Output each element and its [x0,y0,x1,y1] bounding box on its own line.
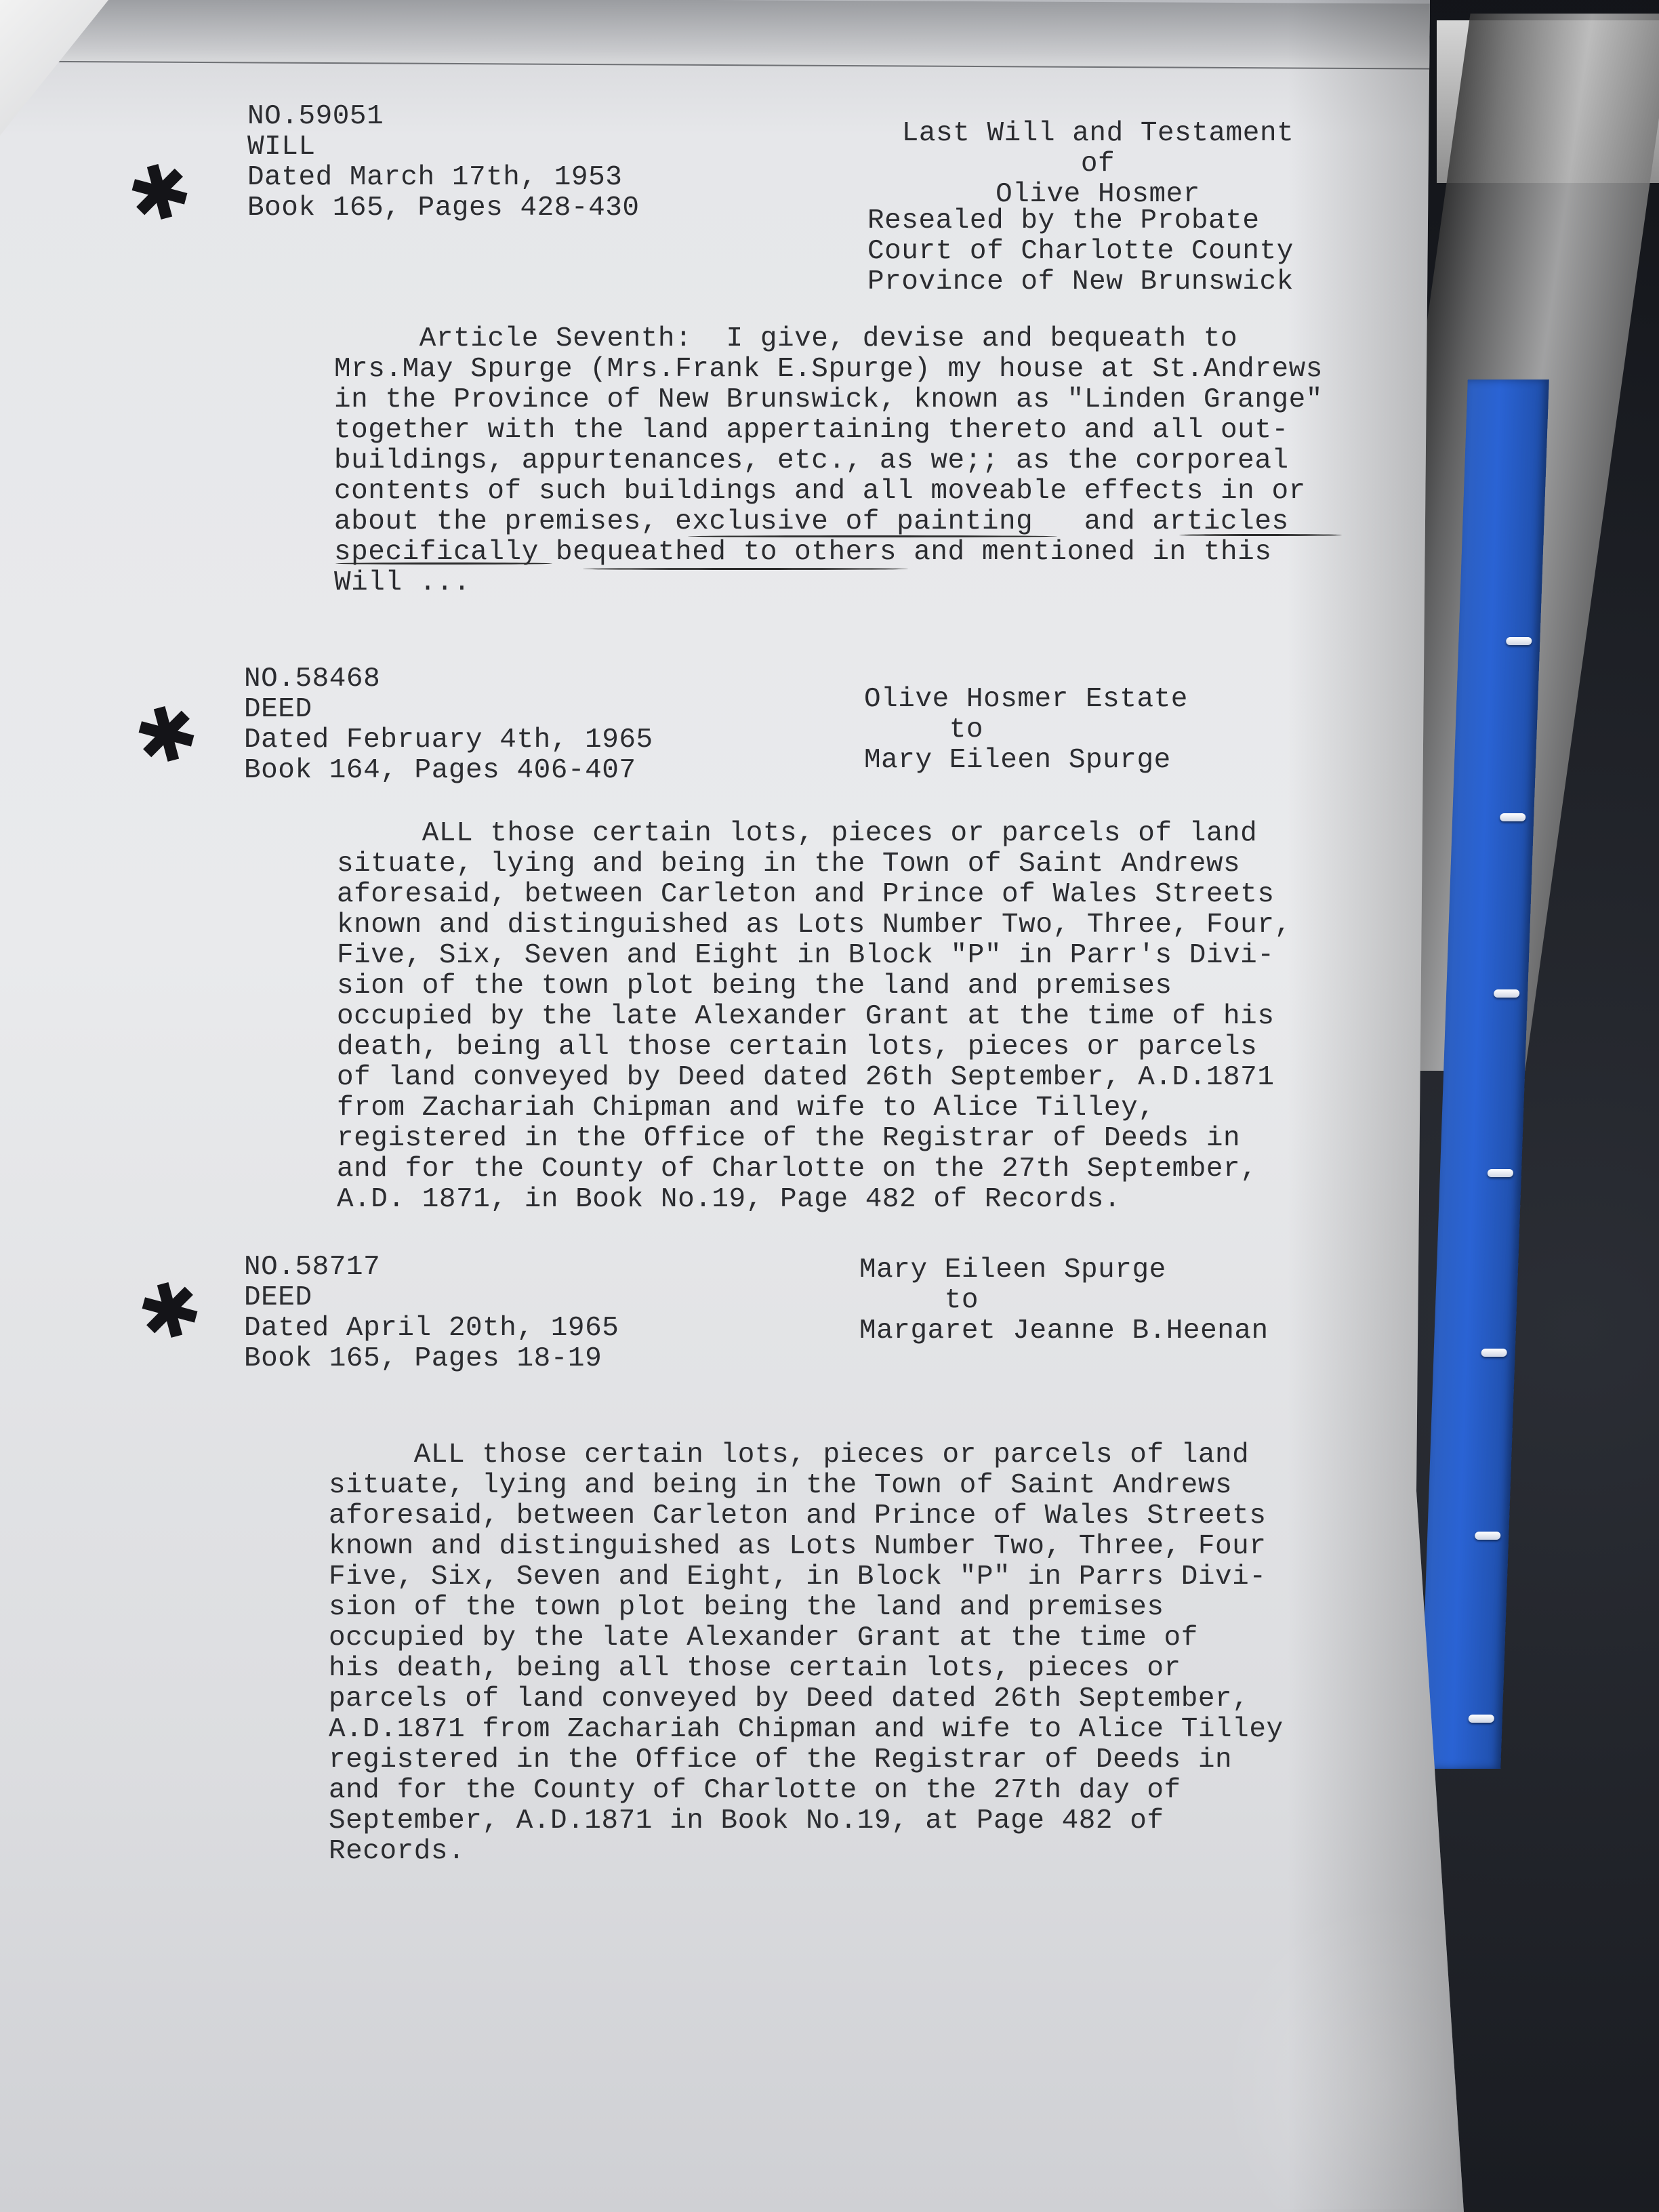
will-reference: NO.59051 WILL Dated March 17th, 1953 Boo… [247,102,640,224]
binder-ring [1506,637,1532,645]
deed1-line: of land conveyed by Deed dated 26th Sept… [337,1063,1292,1093]
article-line: buildings, appurtenances, etc., as we;; … [334,446,1323,476]
deed2-line: known and distinguished as Lots Number T… [329,1532,1284,1562]
deed2-grantor: Mary Eileen Spurge [859,1255,1269,1286]
deed1-type: DEED [244,695,653,725]
article-line: Article Seventh: I give, devise and bequ… [334,324,1323,354]
deed2-grantee: Margaret Jeanne B.Heenan [859,1316,1269,1347]
will-title-line: Court of Charlotte County [867,237,1294,267]
article-line: Mrs.May Spurge (Mrs.Frank E.Spurge) my h… [334,354,1323,385]
deed1-reference: NO.58468 DEED Dated February 4th, 1965 B… [244,664,653,786]
deed2-line: aforesaid, between Carleton and Prince o… [329,1501,1284,1532]
deed1-line: Five, Six, Seven and Eight in Block "P" … [337,941,1292,971]
deed1-line: A.D. 1871, in Book No.19, Page 482 of Re… [337,1185,1292,1215]
deed2-description: ALL those certain lots, pieces or parcel… [329,1440,1284,1867]
will-title-line: Province of New Brunswick [867,267,1294,298]
deed1-description: ALL those certain lots, pieces or parcel… [337,819,1292,1215]
deed1-line: sion of the town plot being the land and… [337,971,1292,1002]
deed1-line: registered in the Office of the Registra… [337,1124,1292,1154]
deed2-line: parcels of land conveyed by Deed dated 2… [329,1684,1284,1715]
article-seventh: Article Seventh: I give, devise and bequ… [334,324,1323,598]
deed2-line: A.D.1871 from Zachariah Chipman and wife… [329,1715,1284,1745]
deed1-line: and for the County of Charlotte on the 2… [337,1154,1292,1185]
will-type: WILL [247,132,640,163]
deed1-grantee: Mary Eileen Spurge [864,745,1188,776]
deed2-book: Book 165, Pages 18-19 [244,1344,619,1374]
deed2-date: Dated April 20th, 1965 [244,1313,619,1344]
deed2-line: sion of the town plot being the land and… [329,1593,1284,1623]
binder-ring [1469,1715,1494,1723]
will-date: Dated March 17th, 1953 [247,163,640,193]
binder-ring [1488,1169,1513,1177]
page-corner [0,0,108,136]
article-line: in the Province of New Brunswick, known … [334,385,1323,415]
document-page: NO.59051 WILL Dated March 17th, 1953 Boo… [0,0,1464,2212]
deed2-line: September, A.D.1871 in Book No.19, at Pa… [329,1806,1284,1837]
deed2-type: DEED [244,1283,619,1313]
deed1-to: to [864,715,1188,745]
will-title-line: of [867,149,1328,180]
deed2-line: occupied by the late Alexander Grant at … [329,1623,1284,1654]
binder-ring [1494,989,1519,998]
article-line: Will ... [334,568,1323,598]
deed1-grantor: Olive Hosmer Estate [864,684,1188,715]
will-title-line: Last Will and Testament [867,119,1328,149]
deed1-parties: Olive Hosmer Estate to Mary Eileen Spurg… [864,684,1188,776]
deed2-line: Five, Six, Seven and Eight, in Block "P"… [329,1562,1284,1593]
deed2-line: ALL those certain lots, pieces or parcel… [329,1440,1284,1471]
binder-ring [1481,1349,1507,1357]
page-top-fold [0,0,1430,70]
handwritten-underline [583,568,908,570]
deed1-line: known and distinguished as Lots Number T… [337,910,1292,941]
deed1-date: Dated February 4th, 1965 [244,725,653,756]
deed1-line: from Zachariah Chipman and wife to Alice… [337,1093,1292,1124]
article-line: together with the land appertaining ther… [334,415,1323,446]
deed2-line: registered in the Office of the Registra… [329,1745,1284,1776]
deed1-book: Book 164, Pages 406-407 [244,756,653,786]
handwritten-underline [688,535,1057,537]
deed2-line: Records. [329,1837,1284,1867]
binder-ring [1500,813,1525,821]
deed2-number: NO.58717 [244,1252,619,1283]
article-line: contents of such buildings and all movea… [334,476,1323,507]
deed1-line: ALL those certain lots, pieces or parcel… [337,819,1292,849]
will-book: Book 165, Pages 428-430 [247,193,640,224]
handwritten-underline [1179,534,1342,536]
deed1-line: aforesaid, between Carleton and Prince o… [337,880,1292,910]
deed2-line: and for the County of Charlotte on the 2… [329,1776,1284,1806]
deed1-line: situate, lying and being in the Town of … [337,849,1292,880]
deed2-line: his death, being all those certain lots,… [329,1654,1284,1684]
deed2-parties: Mary Eileen Spurge to Margaret Jeanne B.… [859,1255,1269,1347]
deed1-number: NO.58468 [244,664,653,695]
will-probate: Resealed by the Probate Court of Charlot… [867,206,1294,298]
deed1-line: occupied by the late Alexander Grant at … [337,1002,1292,1032]
binder-ring [1475,1532,1500,1540]
asterisk-mark: ✱ [120,149,200,237]
article-line: about the premises, exclusive of paintin… [334,507,1323,537]
asterisk-mark: ✱ [127,691,207,779]
will-title: Last Will and Testament of Olive Hosmer [867,119,1328,210]
deed1-line: death, being all those certain lots, pie… [337,1032,1292,1063]
photo-glare [1220,1898,1457,2209]
deed2-to: to [859,1286,1269,1316]
handwritten-underline [335,562,552,565]
will-number: NO.59051 [247,102,640,132]
asterisk-mark: ✱ [130,1267,210,1355]
will-title-line: Resealed by the Probate [867,206,1294,237]
deed2-reference: NO.58717 DEED Dated April 20th, 1965 Boo… [244,1252,619,1374]
deed2-line: situate, lying and being in the Town of … [329,1471,1284,1501]
